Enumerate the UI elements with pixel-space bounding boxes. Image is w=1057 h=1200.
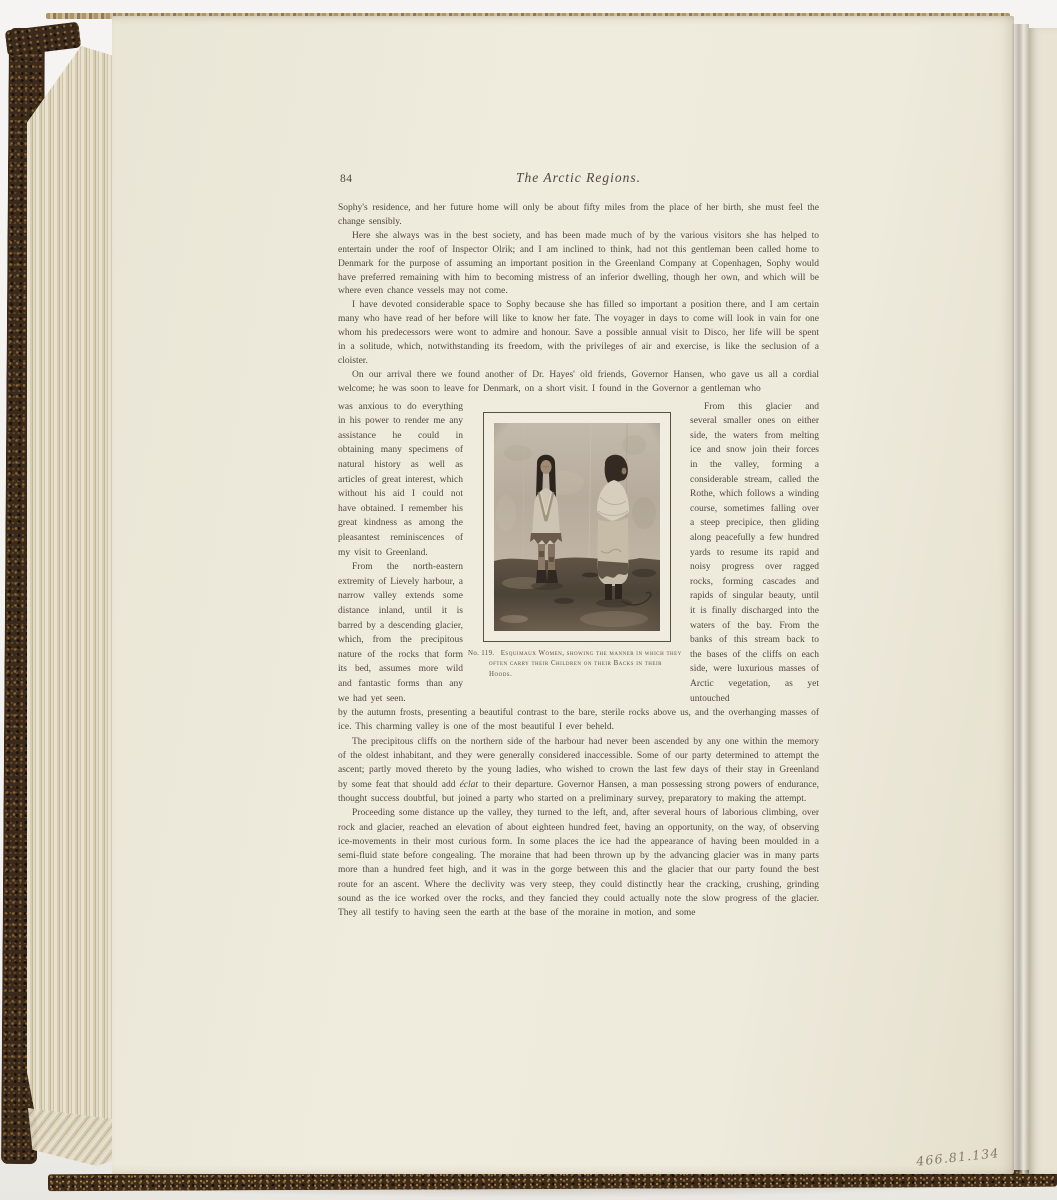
figure-caption: No. 119. Esquimaux Women, showing the ma…	[468, 649, 685, 681]
paragraph: I have devoted considerable space to Sop…	[338, 299, 819, 369]
book-scan: 84 The Arctic Regions. Sophy's residence…	[0, 0, 1057, 1200]
photo-frame	[483, 412, 671, 642]
right-text-column: From this glacier and several smaller on…	[690, 400, 819, 706]
paragraph: was anxious to do everything in his powe…	[338, 400, 463, 561]
paragraph: by the autumn frosts, presenting a beaut…	[338, 706, 819, 735]
paragraph: From this glacier and several smaller on…	[690, 400, 819, 706]
photo-illustration-esquimaux-women	[494, 423, 660, 631]
left-text-column: was anxious to do everything in his powe…	[338, 400, 463, 706]
paragraph: On our arrival there we found another of…	[338, 369, 819, 397]
running-head: 84 The Arctic Regions.	[338, 168, 819, 192]
page-title: The Arctic Regions.	[338, 170, 819, 186]
italic-word: éclat	[460, 780, 478, 790]
lower-text-block: by the autumn frosts, presenting a beaut…	[338, 706, 819, 920]
paragraph: The precipitous cliffs on the northern s…	[338, 735, 819, 806]
figure-block: No. 119. Esquimaux Women, showing the ma…	[477, 400, 677, 706]
printed-page-content: 84 The Arctic Regions. Sophy's residence…	[338, 168, 819, 921]
leather-corner	[5, 22, 82, 57]
text-columns-around-figure: was anxious to do everything in his powe…	[338, 400, 819, 706]
paragraph: Here she always was in the best society,…	[338, 230, 819, 300]
figure-caption-number: No. 119.	[468, 650, 494, 657]
page-edge-stack	[27, 46, 117, 1138]
page-gutter-crease	[1012, 24, 1029, 1174]
paragraph: Proceeding some distance up the valley, …	[338, 806, 819, 920]
figure-caption-text: Esquimaux Women, showing the manner in w…	[489, 650, 682, 678]
paragraph: Sophy's residence, and her future home w…	[338, 202, 819, 230]
upper-text-block: Sophy's residence, and her future home w…	[338, 202, 819, 397]
facing-page-sliver	[1029, 28, 1057, 1174]
paragraph: From the north-eastern extremity of Liev…	[338, 560, 463, 706]
